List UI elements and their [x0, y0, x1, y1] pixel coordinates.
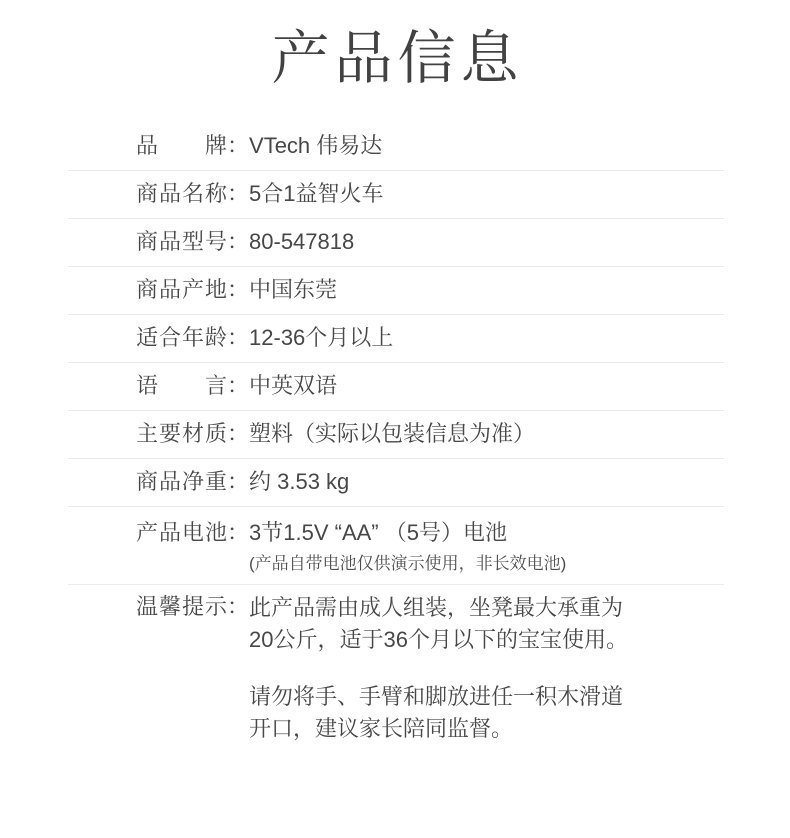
- spec-value: VTech 伟易达: [249, 131, 724, 162]
- spec-row: 语言：中英双语: [68, 363, 724, 411]
- spec-value-column: 80-547818: [249, 227, 724, 258]
- spec-value: 约 3.53 kg: [249, 467, 724, 498]
- spec-label: 商品净重: [136, 467, 227, 498]
- spec-row: 品牌：VTech 伟易达: [68, 123, 724, 171]
- spec-value: 中英双语: [249, 371, 724, 402]
- notice-paragraph: 此产品需由成人组装，坐凳最大承重为20公斤，适于36个月以下的宝宝使用。: [249, 592, 637, 656]
- spec-value-column: 5合1益智火车: [249, 179, 724, 210]
- spec-label: 温馨提示: [136, 592, 227, 623]
- notice-paragraph: 请勿将手、手臂和脚放进任一积木滑道开口，建议家长陪同监督。: [249, 681, 637, 745]
- spec-row: 商品名称：5合1益智火车: [68, 171, 724, 219]
- spec-colon: ：: [227, 131, 249, 162]
- spec-value: 5合1益智火车: [249, 179, 724, 210]
- spec-label: 商品型号: [136, 227, 227, 258]
- spec-label: 主要材质: [136, 419, 227, 450]
- spec-row: 温馨提示：此产品需由成人组装，坐凳最大承重为20公斤，适于36个月以下的宝宝使用…: [68, 585, 724, 745]
- product-info-page: 产品信息 品牌：VTech 伟易达商品名称：5合1益智火车商品型号：80-547…: [0, 0, 790, 838]
- spec-colon: ：: [227, 275, 249, 306]
- spec-value-column: 此产品需由成人组装，坐凳最大承重为20公斤，适于36个月以下的宝宝使用。请勿将手…: [249, 592, 724, 745]
- spec-value-column: 中英双语: [249, 371, 724, 402]
- spec-value-column: 12-36个月以上: [249, 323, 724, 354]
- spec-colon: ：: [227, 419, 249, 450]
- spec-row: 产品电池：3节1.5V “AA” （5号）电池(产品自带电池仅供演示使用，非长效…: [68, 507, 724, 586]
- spec-value: 80-547818: [249, 227, 724, 258]
- spec-label: 适合年龄: [136, 323, 227, 354]
- spec-colon: ：: [227, 179, 249, 210]
- spec-value-column: 塑料（实际以包装信息为准）: [249, 419, 724, 450]
- spec-value-column: 中国东莞: [249, 275, 724, 306]
- spec-table: 品牌：VTech 伟易达商品名称：5合1益智火车商品型号：80-547818商品…: [68, 123, 724, 746]
- spec-colon: ：: [227, 467, 249, 498]
- spec-value-column: 3节1.5V “AA” （5号）电池(产品自带电池仅供演示使用，非长效电池): [249, 518, 724, 577]
- spec-value-column: 约 3.53 kg: [249, 467, 724, 498]
- spec-label: 语言: [136, 371, 227, 402]
- spec-colon: ：: [227, 227, 249, 258]
- spec-colon: ：: [227, 592, 249, 623]
- spec-row: 商品产地：中国东莞: [68, 267, 724, 315]
- spec-value: 塑料（实际以包装信息为准）: [249, 419, 724, 450]
- spec-row: 适合年龄：12-36个月以上: [68, 315, 724, 363]
- spec-label: 产品电池: [136, 518, 227, 549]
- spec-row: 主要材质：塑料（实际以包装信息为准）: [68, 411, 724, 459]
- spec-value: 3节1.5V “AA” （5号）电池: [249, 518, 724, 549]
- spec-colon: ：: [227, 323, 249, 354]
- spec-row: 商品型号：80-547818: [68, 219, 724, 267]
- spec-colon: ：: [227, 371, 249, 402]
- spec-value: 12-36个月以上: [249, 323, 724, 354]
- spec-row: 商品净重：约 3.53 kg: [68, 459, 724, 507]
- spec-value-column: VTech 伟易达: [249, 131, 724, 162]
- spec-label: 品牌: [136, 131, 227, 162]
- spec-colon: ：: [227, 518, 249, 549]
- spec-value: 中国东莞: [249, 275, 724, 306]
- spec-note: (产品自带电池仅供演示使用，非长效电池): [249, 553, 724, 576]
- page-title: 产品信息: [0, 0, 790, 93]
- spec-label: 商品名称: [136, 179, 227, 210]
- spec-label: 商品产地: [136, 275, 227, 306]
